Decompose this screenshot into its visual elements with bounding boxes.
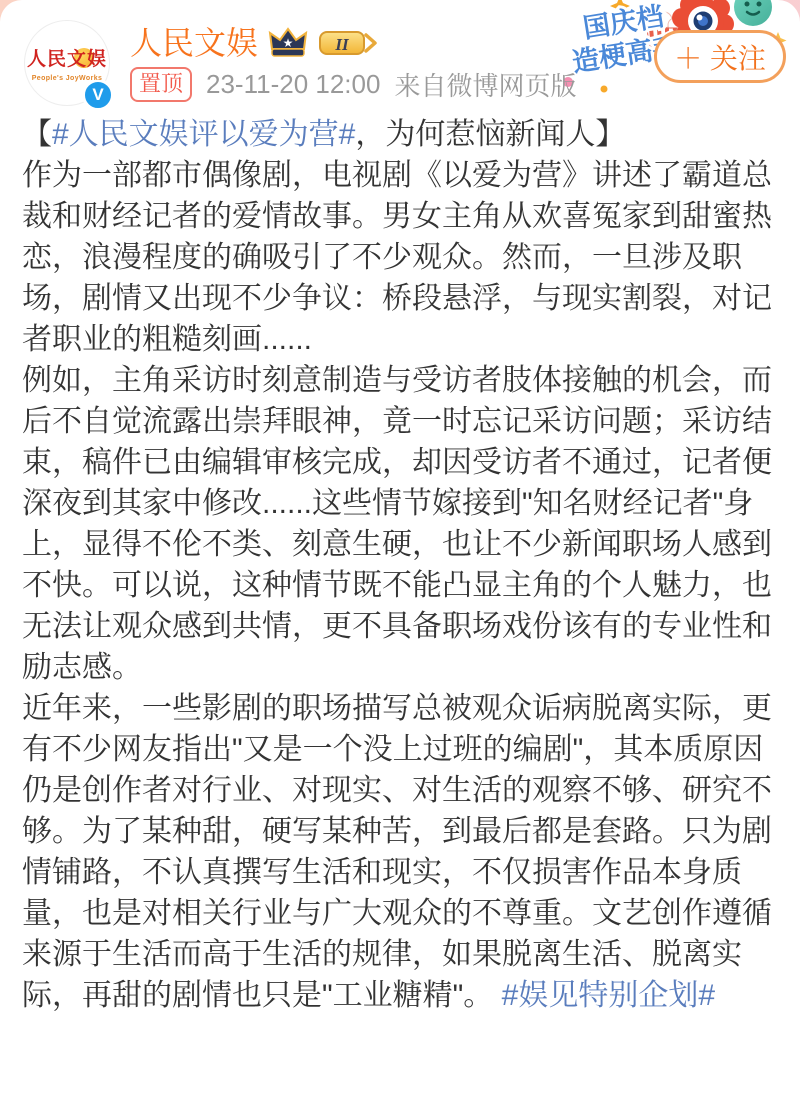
hashtag-link[interactable]: #娱见特别企划# xyxy=(502,979,715,1012)
post-content: 【#人民文娱评以爱为营#，为何惹恼新闻人】 作为一部都市偶像剧，电视剧《以爱为营… xyxy=(22,114,779,1016)
level-label: II xyxy=(334,35,350,54)
crown-icon: ★ xyxy=(267,26,309,60)
source-label: 来自微博网页版 xyxy=(394,66,576,103)
avatar[interactable]: 人民文娱 People's JoyWorks V xyxy=(24,20,110,106)
svg-text:★: ★ xyxy=(283,36,294,50)
post-text: ，为何惹恼新闻人】 作为一部都市偶像剧，电视剧《以爱为营》讲述了霸道总裁和财经记… xyxy=(22,118,772,1012)
username[interactable]: 人民文娱 xyxy=(130,24,258,62)
post-text: 【 xyxy=(22,118,52,151)
follow-button[interactable]: ＋ 关注 xyxy=(654,30,786,83)
name-row: 人民文娱 ★ II xyxy=(130,24,378,62)
meta-row: 置顶 23-11-20 12:00 来自微博网页版 xyxy=(130,66,576,103)
avatar-cn-text: 人民文娱 xyxy=(27,44,107,71)
pinned-badge: 置顶 xyxy=(130,67,192,102)
timestamp: 23-11-20 12:00 xyxy=(206,69,380,100)
level-badge: II xyxy=(318,28,378,58)
avatar-en-text: People's JoyWorks xyxy=(32,75,103,82)
hashtag-link[interactable]: #人民文娱评以爱为营# xyxy=(52,118,355,151)
verified-badge-icon: V xyxy=(82,79,114,111)
